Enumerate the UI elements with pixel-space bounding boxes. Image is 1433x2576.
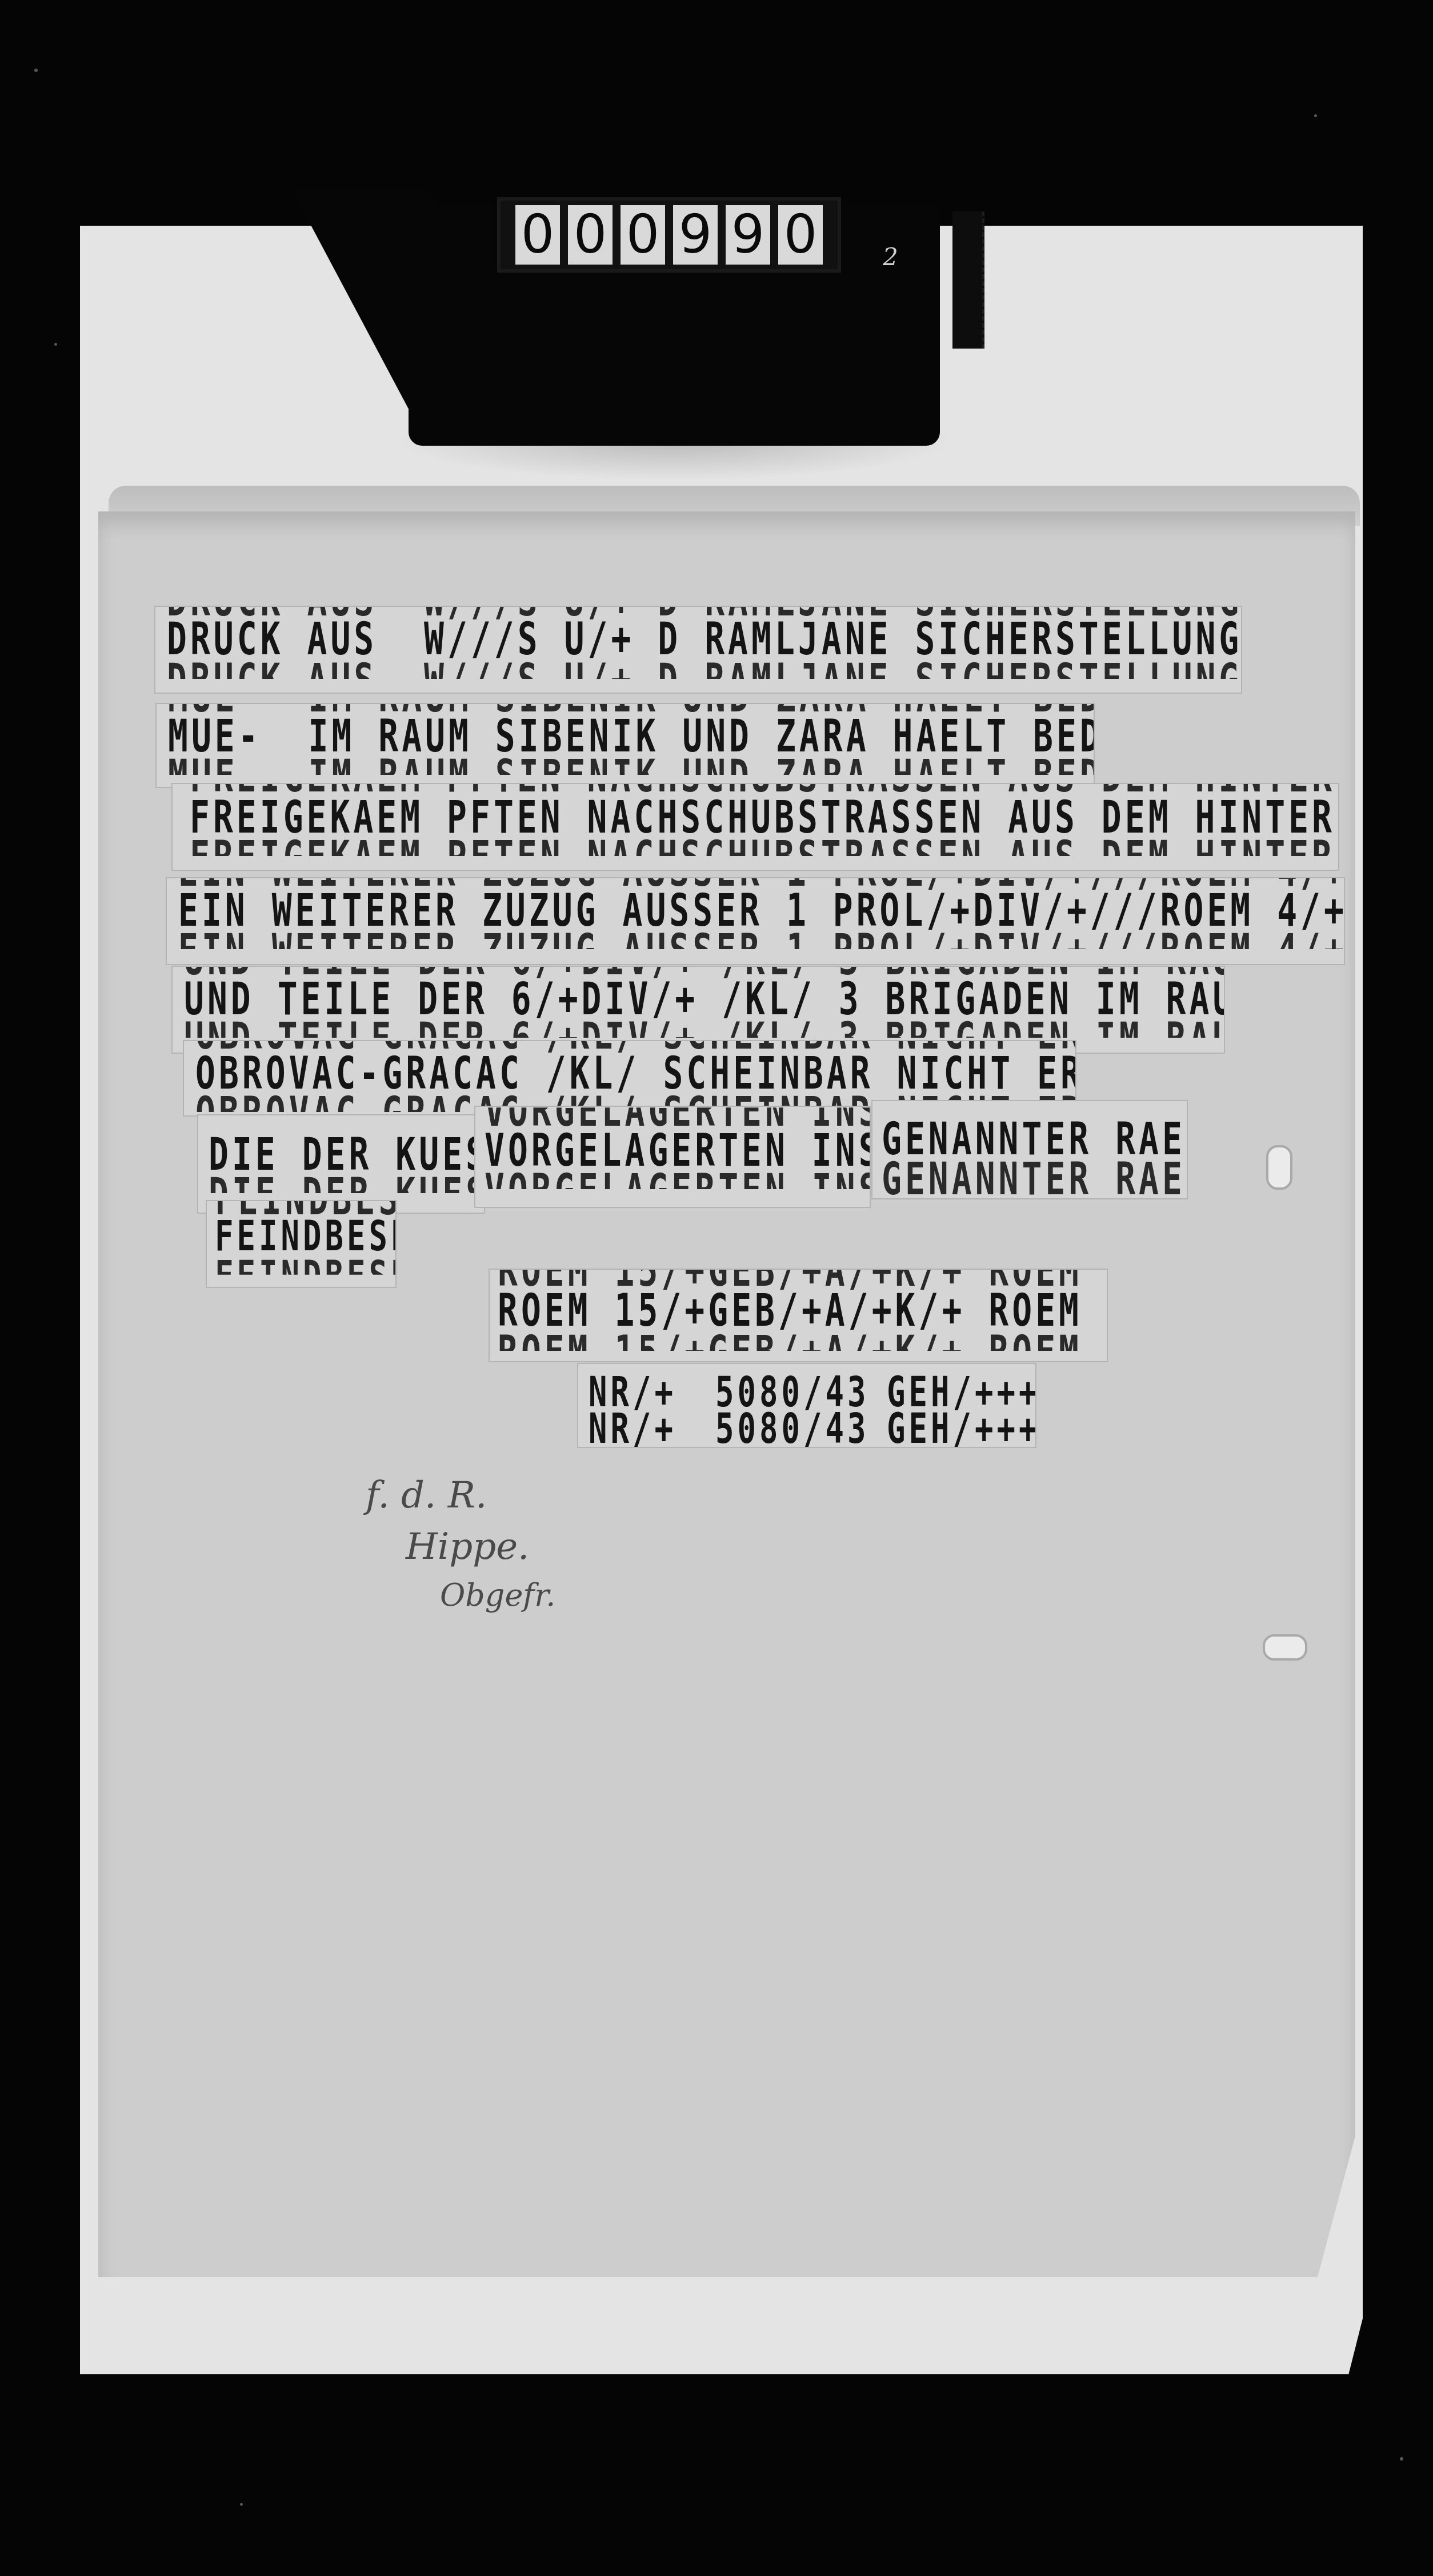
teletype-ghost-line: FEINDBESETZT/+// // bbox=[215, 1251, 397, 1288]
film-speck bbox=[1400, 2457, 1403, 2461]
message-number: 5080/43 bbox=[715, 1404, 870, 1448]
handwritten-fdr: f. d. R. bbox=[366, 1474, 487, 1517]
frame-counter: 0 0 0 9 9 0 bbox=[497, 197, 841, 273]
teletype-strip: DIE DER KUESTE DIE DER KUESTE bbox=[197, 1114, 485, 1214]
message-number-label: NR/+ bbox=[589, 1404, 677, 1448]
counter-digit: 0 bbox=[621, 205, 665, 265]
punch-hole bbox=[1263, 1634, 1307, 1661]
punch-hole bbox=[1266, 1145, 1292, 1190]
film-speck bbox=[1314, 114, 1317, 117]
teletype-strip: FEINDBESETZT/+// // FEINDBESETZT/+// // … bbox=[206, 1200, 397, 1288]
handwritten-signature: Hippe. bbox=[406, 1526, 529, 1568]
counter-mark: 2 bbox=[883, 243, 898, 271]
teletype-strip: DRUCK AUS W///S U/+ D RAMLJANE SICHERSTE… bbox=[154, 606, 1242, 694]
teletype-strip: GENANNTER RAEUME GENANNTER RAEUME bbox=[871, 1100, 1188, 1199]
teletype-ghost-line: DRUCK AUS W///S U/+ D RAMLJANE SICHERSTE… bbox=[167, 654, 1242, 694]
teletype-strip: MUE- IM RAUM SIBENIK UND ZARA HAELT BEDR… bbox=[155, 703, 1095, 788]
teletype-strip: ROEM 15/+GEB/+A/+K/+ ROEM 1 C/// ROEM 15… bbox=[489, 1269, 1108, 1362]
teletype-line: GENANNTER RAEUME bbox=[882, 1153, 1188, 1199]
counter-digit: 0 bbox=[568, 205, 613, 265]
teletype-strip: EIN WEITERER ZUZUG AUSSER 1 PROL/+DIV/+/… bbox=[166, 877, 1345, 965]
film-speck bbox=[34, 69, 38, 72]
film-speck bbox=[54, 343, 57, 346]
classification: GEH/+++ bbox=[887, 1404, 1036, 1448]
film-speck bbox=[240, 2503, 243, 2506]
teletype-strip: NR/+ 5080/43 GEH/+++ NR/+ 5080/43 GEH/++… bbox=[577, 1363, 1036, 1448]
teletype-ghost-line: ROEM 15/+GEB/+A/+K/+ ROEM 1 C/// bbox=[498, 1326, 1108, 1362]
teletype-ghost-line: EIN WEITERER ZUZUG AUSSER 1 PROL/+DIV/+/… bbox=[178, 924, 1345, 965]
counter-digit: 0 bbox=[515, 205, 560, 265]
counter-digit: 0 bbox=[778, 205, 823, 265]
counter-digit: 9 bbox=[673, 205, 718, 265]
teletype-ghost-line: VORGELAGERTEN INSELN bbox=[485, 1164, 871, 1208]
teletype-strip: FREIGEKAEM PFTEN NACHSCHUBSTRASSEN AUS D… bbox=[171, 783, 1339, 871]
teletype-ghost-line: FREIGEKAEM PFTEN NACHSCHUBSTRASSEN AUS D… bbox=[190, 831, 1339, 871]
handwritten-rank: Obgefr. bbox=[440, 1577, 555, 1613]
counter-knob bbox=[952, 211, 984, 349]
teletype-strip: VORGELAGERTEN INSELN VORGELAGERTEN INSEL… bbox=[474, 1106, 871, 1208]
counter-digit: 9 bbox=[726, 205, 770, 265]
teletype-ghost-line: MUE- IM RAUM SIBENIK UND ZARA HAELT BEDR… bbox=[168, 750, 1095, 788]
